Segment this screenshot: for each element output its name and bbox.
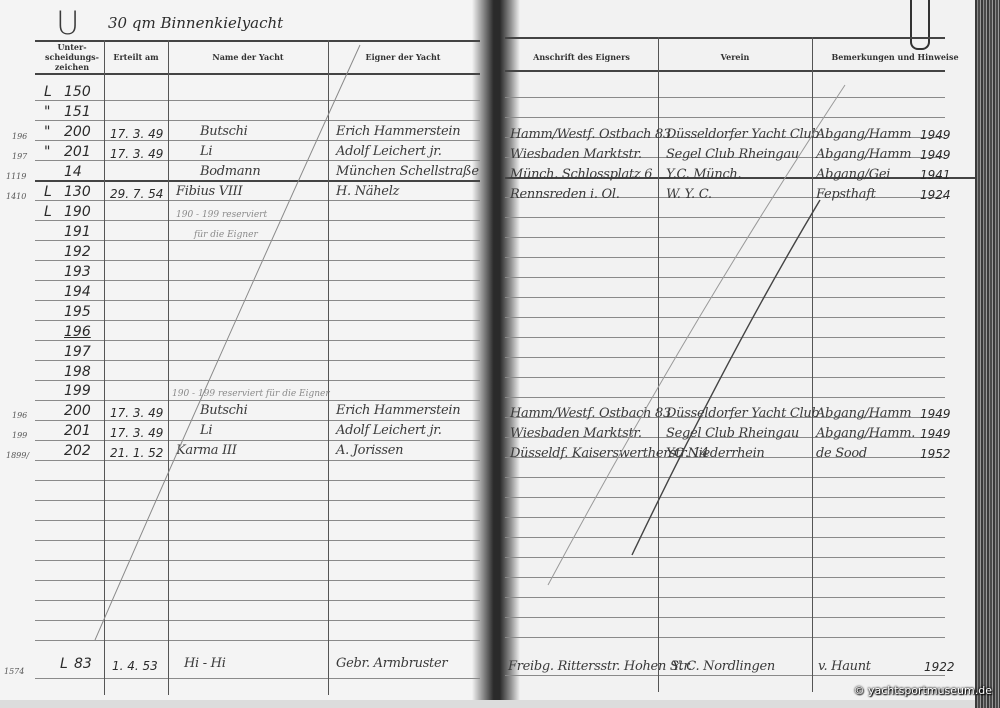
cancellation-strokes	[0, 0, 1000, 708]
